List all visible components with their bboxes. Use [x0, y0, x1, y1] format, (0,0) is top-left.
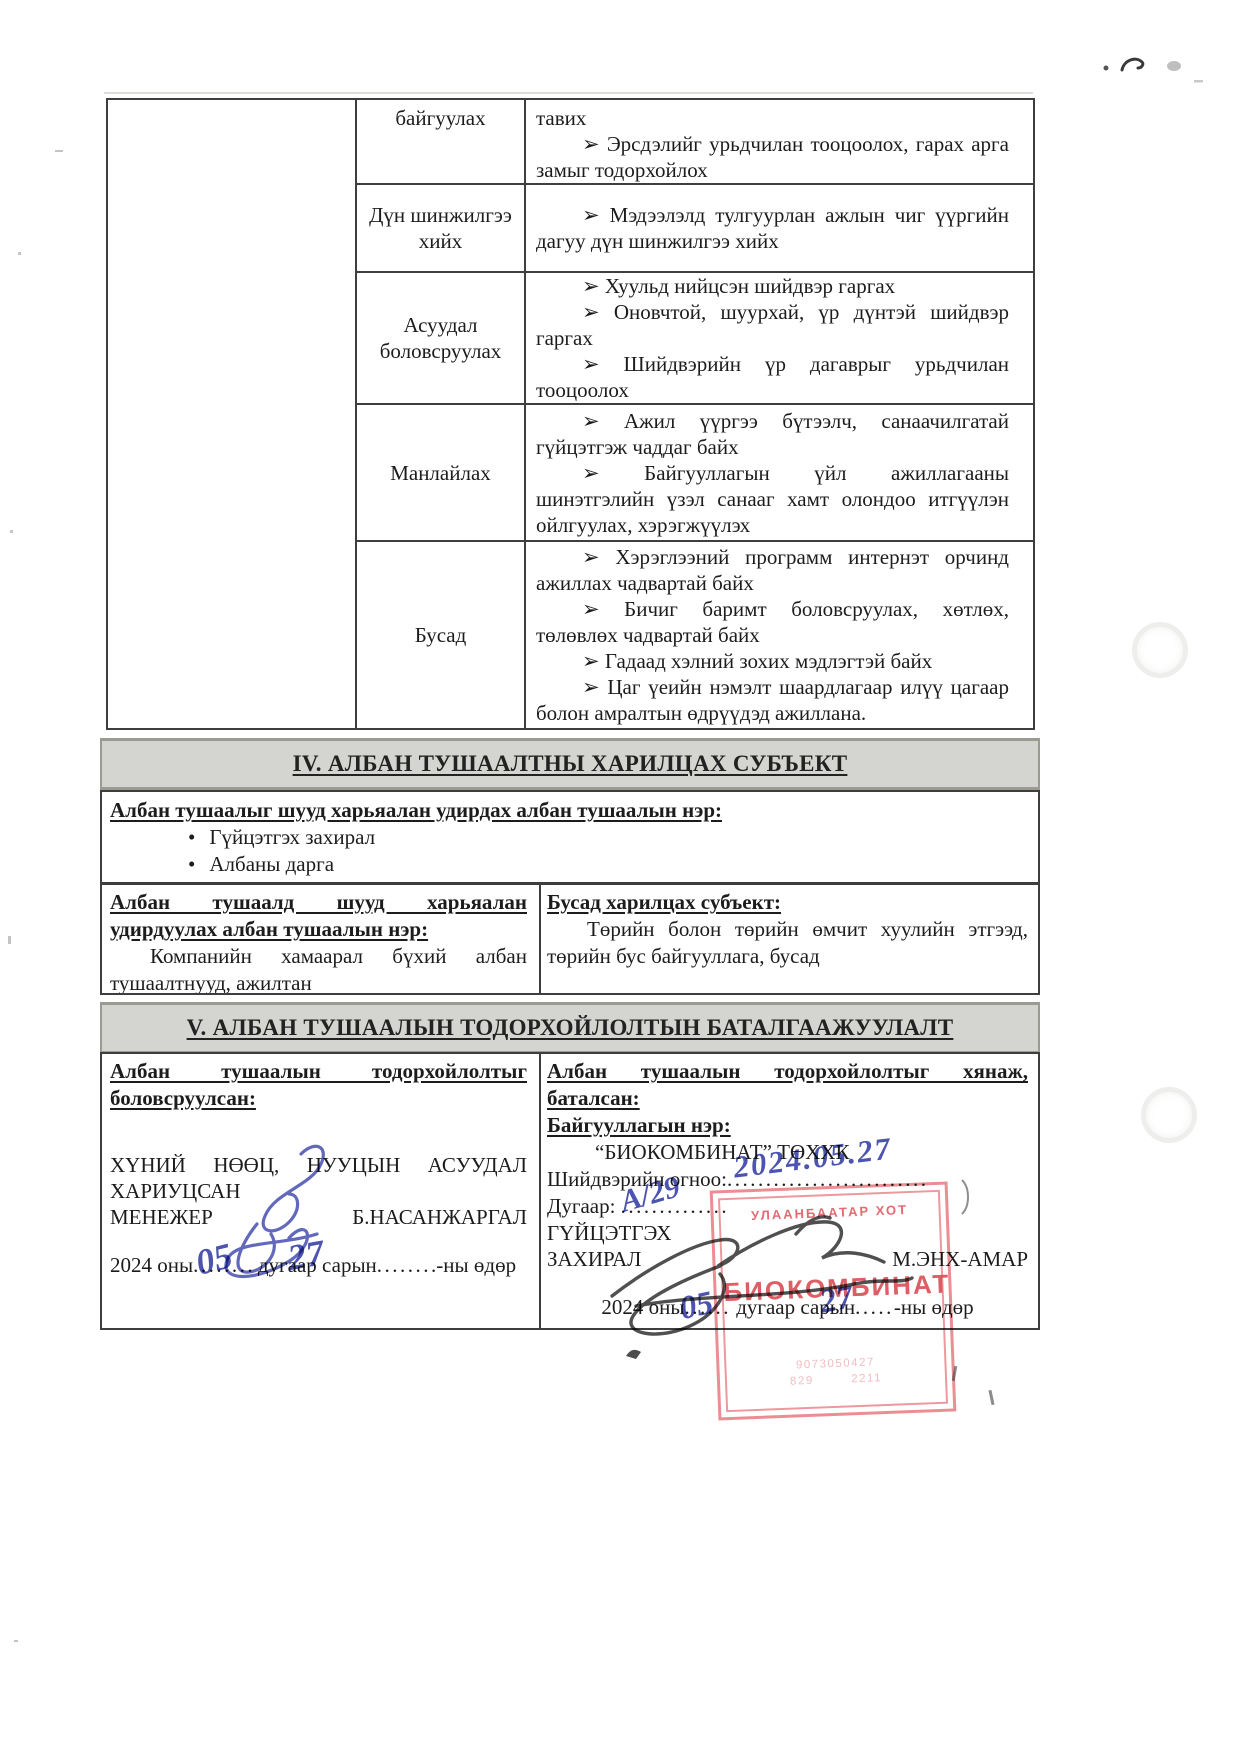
table-row: байгуулах тавих ➢ Эрсдэлийг урьдчилан то…: [357, 100, 1033, 185]
scan-line-artifact: [104, 92, 1033, 94]
criteria-cell: ➢ Хэрэглээний программ интернэт орчинд а…: [526, 542, 1033, 728]
scan-speck: [10, 530, 13, 533]
subordinates-title: Албан тушаалд шууд харьяалан удирдуулах …: [110, 889, 527, 943]
criteria-line: ➢ Гадаад хэлний зохих мэдлэгтэй байх: [536, 648, 1009, 674]
criteria-line: ➢ Шийдвэрийн үр дагаврыг урьдчилан тооцо…: [536, 351, 1009, 403]
scanned-document-page: байгуулах тавих ➢ Эрсдэлийг урьдчилан то…: [0, 0, 1240, 1753]
category-cell: Бусад: [357, 542, 526, 728]
approved-by-title: Албан тушаалын тодорхойлолтыг хянаж, бат…: [547, 1058, 1028, 1112]
criteria-line: ➢ Хуульд нийцсэн шийдвэр гаргах: [536, 273, 1009, 299]
criteria-line: ➢ Цаг үеийн нэмэлт шаардлагаар илүү цага…: [536, 674, 1009, 726]
pen-stroke-artifact: [958, 1176, 974, 1218]
org-label: Байгууллагын нэр:: [547, 1112, 1028, 1139]
criteria-line: ➢ Бичиг баримт боловсруулах, хөтлөх, төл…: [536, 596, 1009, 648]
table-row: Манлайлах ➢ Ажил үүргээ бүтээлч, санаачи…: [357, 405, 1033, 542]
executive-signature: [596, 1212, 926, 1347]
scan-speck: [55, 150, 63, 152]
list-item: • Албаны дарга: [110, 851, 1028, 878]
date-suffix: .-ны өдөр: [431, 1253, 516, 1277]
criteria-line: ➢ Мэдээлэлд тулгуурлан ажлын чиг үүргийн…: [536, 202, 1009, 254]
criteria-line: ➢ Ажил үүргээ бүтээлч, санаачилгатай гүй…: [536, 408, 1009, 460]
bullet-icon: •: [188, 824, 195, 851]
direct-manager-title: Албан тушаалыг шууд харьяалан удирдах ал…: [110, 797, 1028, 824]
handwritten-day: 27: [817, 1279, 856, 1321]
developed-by-title: Албан тушаалын тодорхойлолтыг боловсруул…: [110, 1058, 527, 1112]
punch-hole-shadow: [1132, 622, 1188, 678]
category-label: Асуудал боловсруулах: [363, 312, 518, 364]
direct-manager-box: Албан тушаалыг шууд харьяалан удирдах ал…: [100, 790, 1040, 884]
table-rows: байгуулах тавих ➢ Эрсдэлийг урьдчилан то…: [357, 100, 1033, 728]
bullet-icon: •: [188, 851, 195, 878]
criteria-line: ➢ Эрсдэлийг урьдчилан тооцоолох, гарах а…: [536, 131, 1009, 183]
section4-header: IV. АЛБАН ТУШААЛТНЫ ХАРИЛЦАХ СУБЪЕКТ: [293, 751, 848, 777]
developer-name: Б.НАСАНЖАРГАЛ: [352, 1204, 527, 1230]
criteria-cell: ➢ Ажил үүргээ бүтээлч, санаачилгатай гүй…: [526, 405, 1033, 540]
category-label: Манлайлах: [390, 460, 491, 486]
criteria-line: тавих: [536, 105, 1009, 131]
list-item-text: Гүйцэтгэх захирал: [209, 824, 375, 851]
criteria-line: ➢ Байгууллагын үйл ажиллагааны шинэтгэли…: [536, 460, 1009, 538]
category-cell: Асуудал боловсруулах: [357, 273, 526, 403]
competency-table: байгуулах тавих ➢ Эрсдэлийг урьдчилан то…: [106, 98, 1035, 730]
table-row: Дүн шинжилгээ хийх ➢ Мэдээлэлд тулгуурла…: [357, 185, 1033, 273]
section5-header-bar: V. АЛБАН ТУШААЛЫН ТОДОРХОЙЛОЛТЫН БАТАЛГА…: [100, 1002, 1040, 1054]
date-year: 2024 оны: [110, 1253, 193, 1277]
list-item: • Гүйцэтгэх захирал: [110, 824, 1028, 851]
developer-role-line: МЕНЕЖЕР: [110, 1204, 213, 1230]
date-dots: .......: [377, 1253, 431, 1277]
other-subjects-body: Төрийн болон төрийн өмчит хуулийн этгээд…: [547, 916, 1028, 970]
punch-hole-shadow: [1141, 1087, 1197, 1143]
category-label: байгуулах: [395, 105, 485, 131]
ink-blot-artifact: [624, 1346, 644, 1362]
category-cell: байгуулах: [357, 100, 526, 183]
relations-box: Албан тушаалд шууд харьяалан удирдуулах …: [100, 883, 1040, 995]
table-row: Асуудал боловсруулах ➢ Хуульд нийцсэн ши…: [357, 273, 1033, 405]
scan-speck: [14, 1640, 18, 1642]
category-cell: Дүн шинжилгээ хийх: [357, 185, 526, 271]
other-subjects-cell: Бусад харилцах субъект: Төрийн болон төр…: [539, 885, 1038, 993]
category-label: Дүн шинжилгээ хийх: [363, 202, 518, 254]
pen-marks-artifact: [1092, 44, 1212, 88]
scan-speck: [18, 252, 21, 255]
handwritten-day: 27: [285, 1231, 328, 1279]
section4-header-bar: IV. АЛБАН ТУШААЛТНЫ ХАРИЛЦАХ СУБЪЕКТ: [100, 738, 1040, 790]
scan-speck: [8, 936, 11, 944]
criteria-line: ➢ Оновчтой, шуурхай, үр дүнтэй шийдвэр г…: [536, 299, 1009, 351]
subordinates-cell: Албан тушаалд шууд харьяалан удирдуулах …: [102, 885, 539, 993]
criteria-cell: тавих ➢ Эрсдэлийг урьдчилан тооцоолох, г…: [526, 100, 1033, 183]
other-subjects-title: Бусад харилцах субъект:: [547, 889, 1028, 916]
criteria-line: ➢ Хэрэглээний программ интернэт орчинд а…: [536, 544, 1009, 596]
table-empty-rowspan-cell: [108, 100, 357, 728]
pen-dash-artifact: [988, 1390, 994, 1405]
criteria-cell: ➢ Хуульд нийцсэн шийдвэр гаргах ➢ Оновчт…: [526, 273, 1033, 403]
category-cell: Манлайлах: [357, 405, 526, 540]
criteria-cell: ➢ Мэдээлэлд тулгуурлан ажлын чиг үүргийн…: [526, 185, 1033, 271]
category-label: Бусад: [415, 622, 467, 648]
list-item-text: Албаны дарга: [209, 851, 334, 878]
table-row: Бусад ➢ Хэрэглээний программ интернэт ор…: [357, 542, 1033, 728]
section5-header: V. АЛБАН ТУШААЛЫН ТОДОРХОЙЛОЛТЫН БАТАЛГА…: [187, 1015, 954, 1041]
subordinates-body: Компанийн хамаарал бүхий албан тушаалтну…: [110, 943, 527, 993]
